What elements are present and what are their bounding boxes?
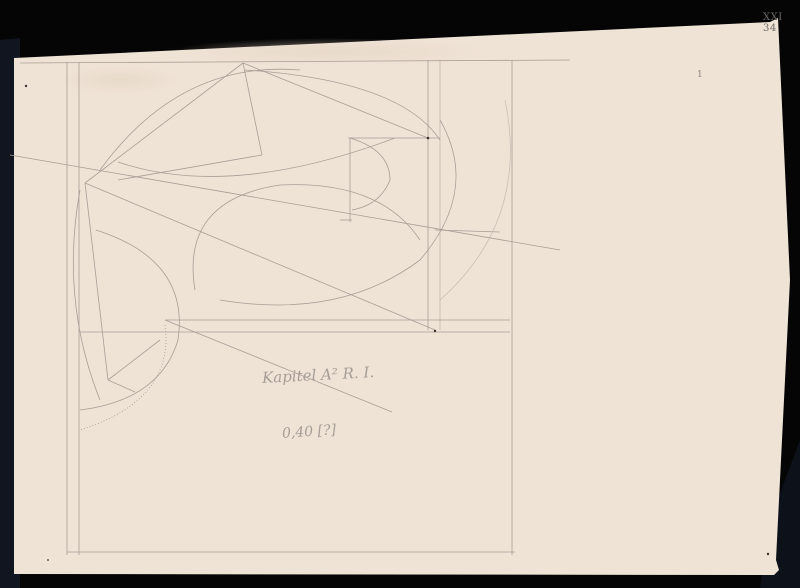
paper-sheet [14,18,790,575]
drawing-canvas [0,0,800,588]
scanned-drawing: XXI 34 1 Kapitel A² R. I. 0,40 [?] [0,0,800,588]
